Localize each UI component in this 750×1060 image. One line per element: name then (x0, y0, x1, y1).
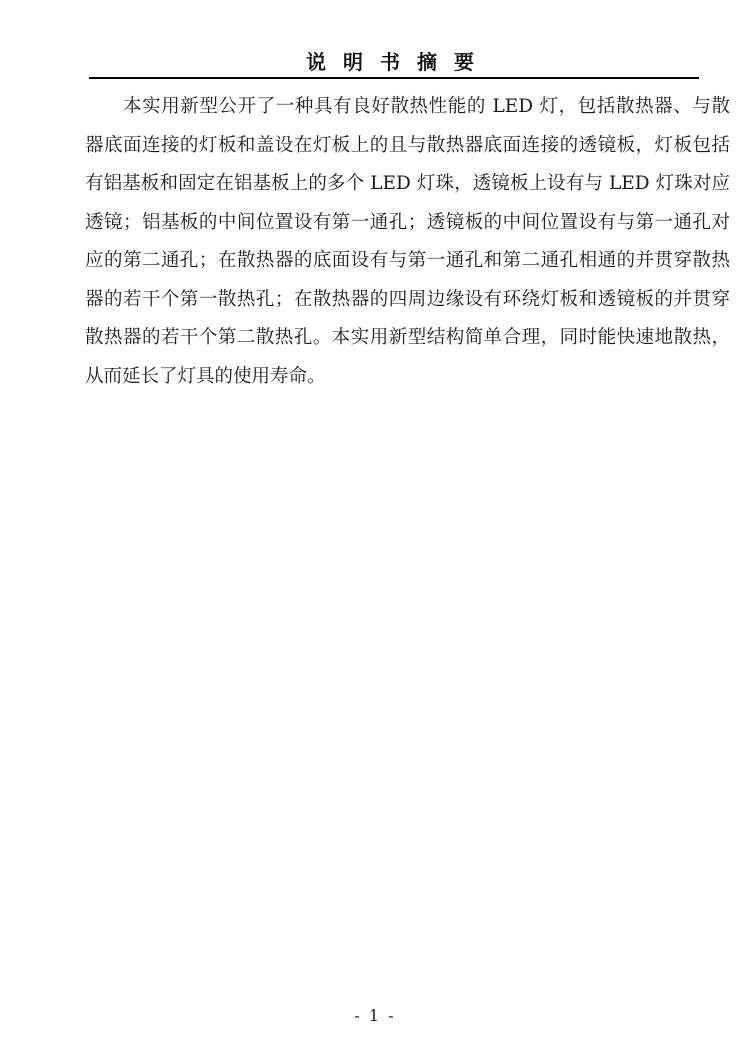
abstract-line: 应的第二通孔；在散热器的底面设有与第一通孔和第二通孔相通的并贯穿散热 (85, 242, 730, 281)
title-underline-rule (89, 77, 699, 79)
abstract-paragraph: 本实用新型公开了一种具有良好散热性能的 LED 灯，包括散热器、与散热 器底面连… (85, 88, 730, 396)
patent-abstract-page: 说明书摘要 本实用新型公开了一种具有良好散热性能的 LED 灯，包括散热器、与散… (0, 0, 750, 1060)
abstract-line: 从而延长了灯具的使用寿命。 (85, 358, 730, 397)
page-number: - 1 - (0, 1006, 750, 1025)
abstract-line: 透镜；铝基板的中间位置设有第一通孔；透镜板的中间位置设有与第一通孔对 (85, 204, 730, 243)
abstract-line: 器底面连接的灯板和盖设在灯板上的且与散热器底面连接的透镜板，灯板包括 (85, 127, 730, 166)
abstract-line: 器的若干个第一散热孔；在散热器的四周边缘设有环绕灯板和透镜板的并贯穿 (85, 281, 730, 320)
abstract-line: 本实用新型公开了一种具有良好散热性能的 LED 灯，包括散热器、与散热 (85, 88, 730, 127)
page-title: 说明书摘要 (89, 50, 699, 76)
abstract-line: 散热器的若干个第二散热孔。本实用新型结构简单合理，同时能快速地散热， (85, 319, 730, 358)
abstract-line: 有铝基板和固定在铝基板上的多个 LED 灯珠，透镜板上设有与 LED 灯珠对应的 (85, 165, 730, 204)
